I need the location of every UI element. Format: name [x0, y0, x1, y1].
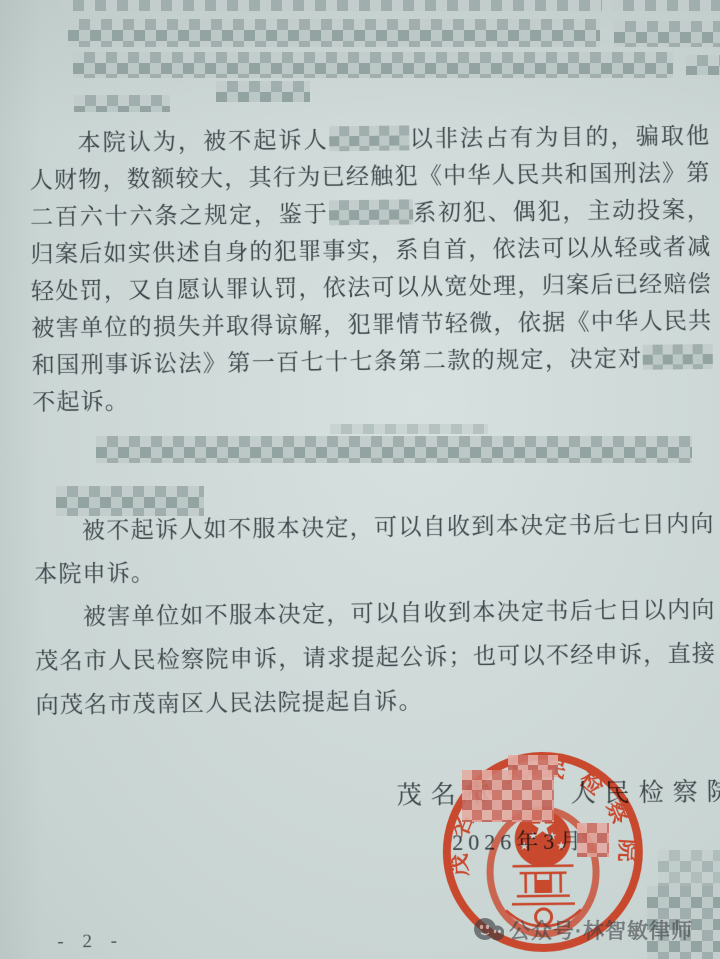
- document-photo: { "document": { "p1": { "seg1": "本院认为，被不…: [0, 0, 720, 959]
- redaction-org-name: [462, 770, 554, 822]
- redaction-paragraph-line1: [96, 436, 692, 463]
- redaction-mosaic: [614, 21, 720, 47]
- redaction-mosaic: [62, 0, 602, 11]
- redaction-name-1: [329, 125, 409, 151]
- redaction-name-2: [328, 199, 412, 225]
- redaction-mosaic: [658, 850, 720, 886]
- redaction-name-3: [643, 344, 713, 370]
- wechat-official-account-icon: [474, 916, 504, 944]
- redaction-mosaic: [686, 55, 720, 75]
- paragraph-decision: 本院认为，被不起诉人以非法占有为目的，骗取他人财物，数额较大，其行为已经触犯《中…: [29, 117, 713, 421]
- document-page: 本院认为，被不起诉人以非法占有为目的，骗取他人财物，数额较大，其行为已经触犯《中…: [0, 0, 720, 959]
- watermark-text: 公众号·林智敏律师: [509, 915, 693, 945]
- redaction-date-day: [577, 823, 609, 857]
- page-number: - 2 -: [57, 931, 124, 954]
- text-segment: 本院认为，被不起诉人: [77, 127, 329, 155]
- redaction-paragraph-line2: [56, 486, 204, 516]
- redaction-mosaic: [74, 95, 170, 112]
- text-segment: 不起诉。: [32, 389, 129, 415]
- redaction-mosaic: [612, 0, 720, 11]
- redaction-mosaic: [330, 424, 488, 434]
- watermark: 公众号·林智敏律师: [474, 915, 693, 945]
- redaction-mosaic: [68, 19, 600, 47]
- paragraph-appeal-person: 被不起诉人如不服本决定，可以自收到本决定书后七日内向本院申诉。: [33, 502, 715, 596]
- redaction-mosaic: [216, 81, 310, 102]
- redaction-mosaic: [73, 52, 673, 78]
- paragraph-appeal-victim: 被害单位如不服本决定，可以自收到本决定书后七日以内向茂名市人民检察院申诉，请求提…: [34, 588, 716, 728]
